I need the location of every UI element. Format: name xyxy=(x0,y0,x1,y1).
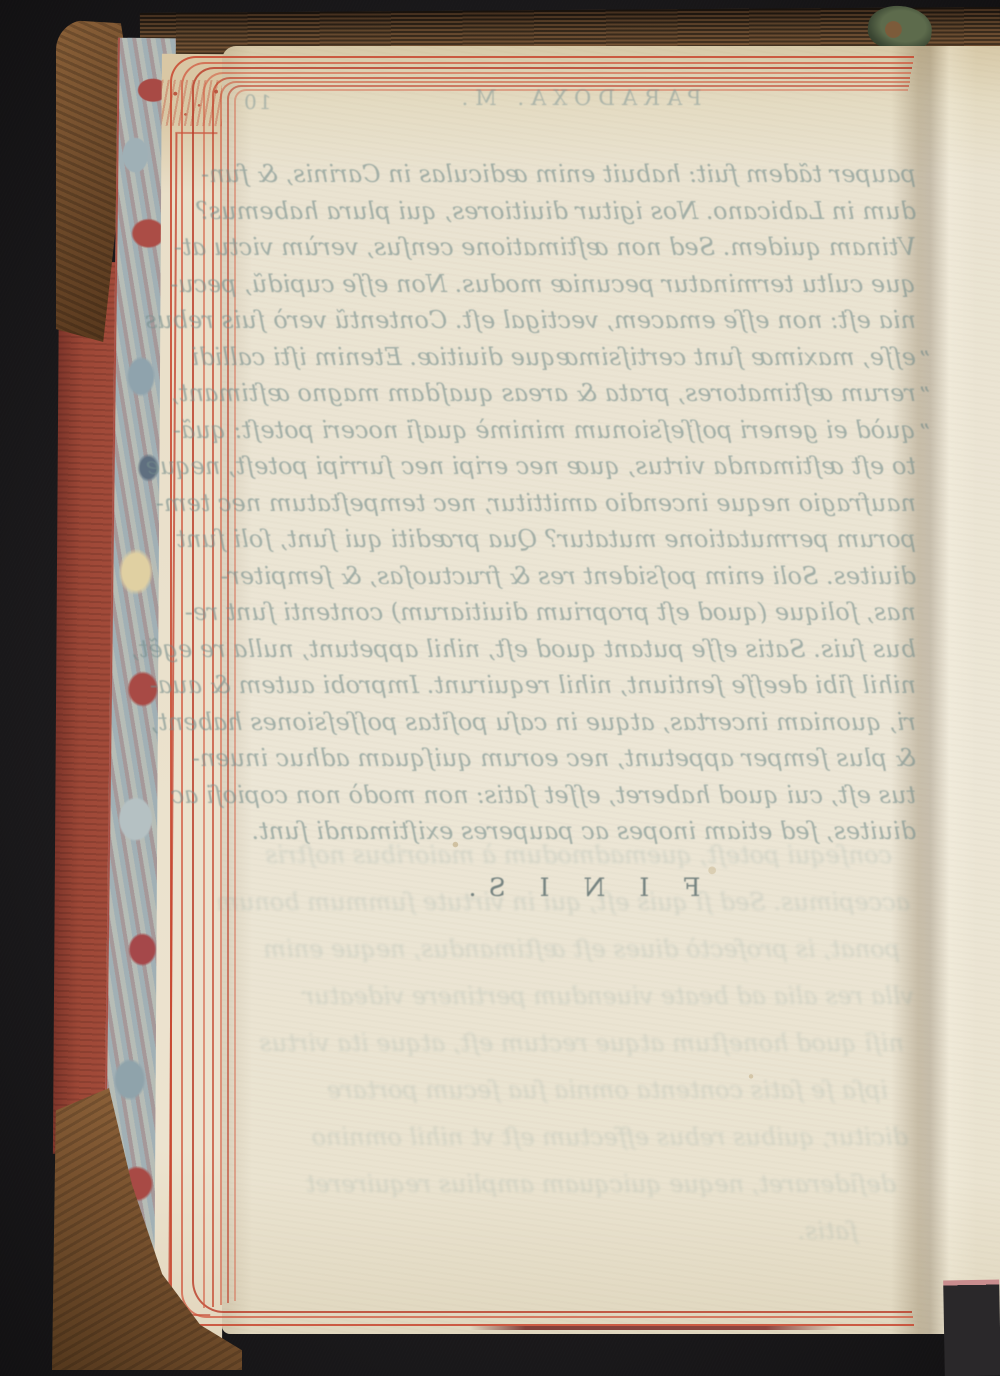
ghost-line: dicitur, quibus rebus effectum eſt vt ni… xyxy=(238,1114,918,1161)
faint-ghost-text-layer: conſequi poteſt, quemadmodum à maioribus… xyxy=(238,832,918,1252)
ghost-line: conſequi poteſt, quemadmodum à maioribus… xyxy=(238,832,918,879)
text-line: diuites. Soli enim poſsident res & fruct… xyxy=(240,558,916,595)
text-line: nihil ſibi deeſſe ſentiunt, nihil requir… xyxy=(240,667,916,704)
bottom-edge-red-stain xyxy=(470,1326,840,1330)
text-line: naufragio neque incendio amittitur, nec … xyxy=(240,485,916,522)
margin-quote-mark: „ xyxy=(919,370,930,395)
text-line: tus eſt, cui quod haberet, eſſet ſatis: … xyxy=(240,777,916,814)
text-line: Vtinam quidem. Sed non æſtimatione cenſu… xyxy=(240,229,916,266)
ghost-line: niſi quod honeſtum atque rectum eſt, atq… xyxy=(238,1020,918,1067)
text-line: nas, ſolique (quod eſt proprium diuitiar… xyxy=(240,594,916,631)
text-line: to eſt æſtimanda virtus, quæ nec eripi n… xyxy=(240,448,916,485)
running-header-title: PARADOXA. M. xyxy=(455,86,702,110)
text-line: rerum æſtimatores, prata & areas quaſdam… xyxy=(240,375,916,412)
text-line: ri, quoniam incertas, atque in caſu poſi… xyxy=(240,704,916,741)
ghost-line: deſideraret, neque quicquam amplius requ… xyxy=(238,1161,918,1208)
ghost-line: ipſa ſe ſatis contenta omnia ſua ſecum p… xyxy=(238,1067,918,1114)
ghost-line: ſatis. xyxy=(238,1208,918,1255)
body-text: pauper tãdem fuit: habuit enim ædiculas … xyxy=(240,156,916,906)
ghost-line: accepimus. Sed ſi quis eſt, qui in virtu… xyxy=(238,879,918,926)
text-line: porum permutatione mutatur? Qua præditi … xyxy=(240,521,916,558)
text-line: & plus ſemper appetunt, nec eorum quiſqu… xyxy=(240,740,916,777)
margin-quote-mark: „ xyxy=(919,407,930,432)
margin-quote-mark: „ xyxy=(919,334,930,359)
text-line: bus ſuis. Satis eſſe putant quod eſt, ni… xyxy=(240,631,916,668)
facing-page-bottom-edge xyxy=(943,1280,1000,1376)
text-line: pauper tãdem fuit: habuit enim ædiculas … xyxy=(240,156,916,193)
ghost-line: vlla res alia ad beate viuendum pertiner… xyxy=(238,973,918,1020)
text-line: que cultu terminatur pecuniæ modus. Non … xyxy=(240,266,916,303)
text-line: quòd ei generi poſſeſsionum minimè quaſi… xyxy=(240,412,916,449)
running-header: PARADOXA. M. 10 xyxy=(240,86,916,132)
showthrough-text-layer: PARADOXA. M. 10 pauper tãdem fuit: habui… xyxy=(240,86,916,916)
page-number: 10 xyxy=(242,90,271,114)
text-line: dum in Labicano. Nos igitur diuitiores, … xyxy=(240,193,916,230)
ghost-line: ponat, is profectò diues eſt æſtimandus,… xyxy=(238,926,918,973)
text-line: eſſe, maximæ ſunt certiſsimæque diuitiæ.… xyxy=(240,339,916,376)
text-line: nia eſt: non eſſe emacem, vectigal eſt. … xyxy=(240,302,916,339)
